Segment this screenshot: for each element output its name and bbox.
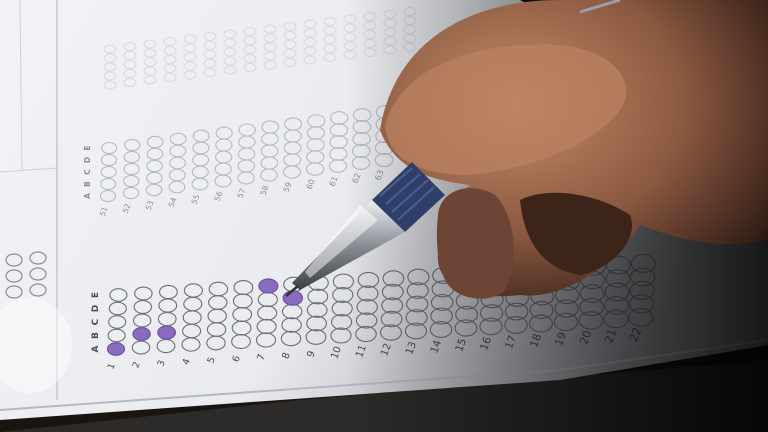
photo-scene: ABCDE51525354555657585960616263 ABCDE123… [0,0,768,432]
scene-svg: ABCDE51525354555657585960616263 ABCDE123… [0,0,768,432]
